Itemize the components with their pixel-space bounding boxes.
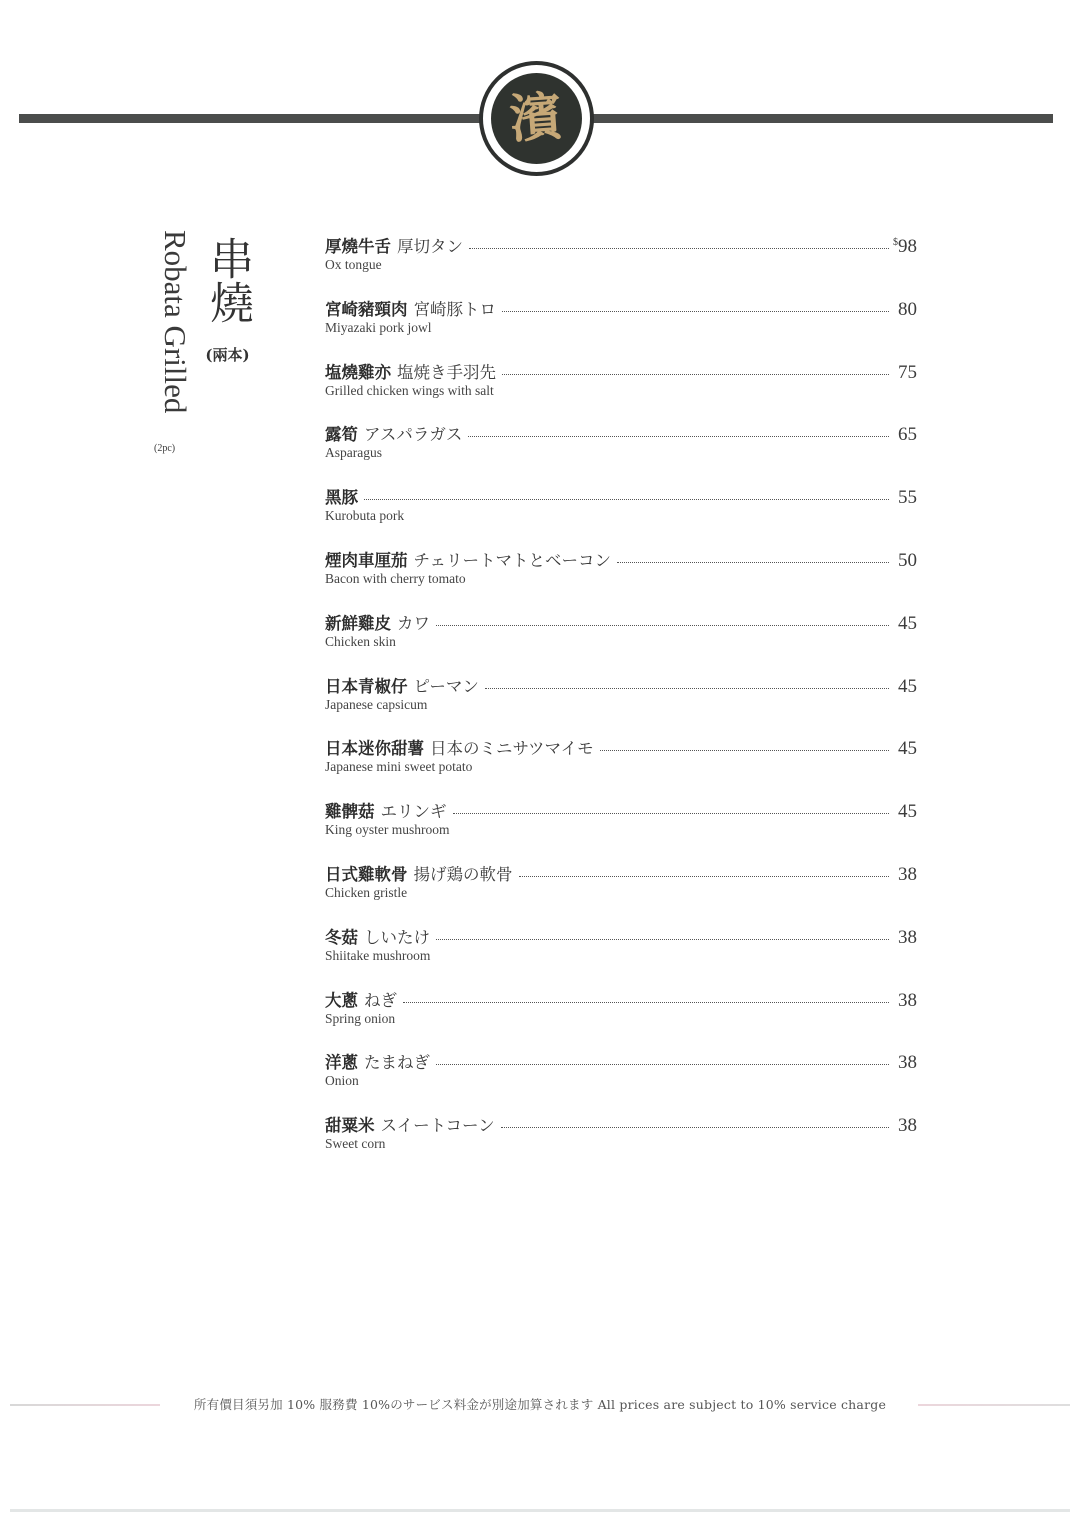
item-price: $98	[893, 236, 917, 258]
item-name-japanese: ねぎ	[364, 987, 397, 1011]
item-price: 38	[893, 990, 917, 1012]
item-name-english: Miyazaki pork jowl	[325, 320, 917, 336]
menu-item-row: 新鮮雞皮 カワ 45	[325, 610, 917, 634]
dotted-leader	[485, 688, 889, 689]
menu-item-row: 日本迷你甜薯 日本のミニサツマイモ 45	[325, 735, 917, 759]
item-name-english: King oyster mushroom	[325, 822, 917, 838]
dotted-leader	[519, 876, 890, 877]
menu-item: 厚燒牛舌 厚切タン $98 Ox tongue	[325, 233, 917, 296]
menu-item-row: 宮崎豬頸肉 宮崎豚トロ 80	[325, 296, 917, 320]
item-name-chinese: 黑豚	[325, 484, 358, 508]
item-price: 45	[893, 738, 917, 760]
menu-item: 露筍 アスパラガス 65 Asparagus	[325, 421, 917, 484]
dotted-leader	[364, 499, 889, 500]
dotted-leader	[502, 374, 889, 375]
item-price: 65	[893, 424, 917, 446]
section-heading: Robata Grilled (2pc) 串燒 (兩本)	[150, 230, 270, 470]
section-title-english: Robata Grilled	[160, 230, 191, 413]
menu-item-row: 黑豚 55	[325, 484, 917, 508]
menu-item: 宮崎豬頸肉 宮崎豚トロ 80 Miyazaki pork jowl	[325, 296, 917, 359]
item-name-english: Japanese capsicum	[325, 697, 917, 713]
item-name-japanese: アスパラガス	[364, 421, 462, 445]
item-name-chinese: 日本迷你甜薯	[325, 735, 424, 759]
item-name-japanese: 塩焼き手羽先	[397, 359, 496, 383]
restaurant-logo: 濱	[479, 61, 594, 176]
item-name-chinese: 大蔥	[325, 987, 358, 1011]
menu-item-row: 雞髀菇 エリンギ 45	[325, 798, 917, 822]
item-name-japanese: カワ	[397, 610, 430, 634]
item-name-japanese: 日本のミニサツマイモ	[430, 735, 594, 759]
item-price: 38	[893, 927, 917, 949]
item-name-japanese: 揚げ鶏の軟骨	[414, 861, 513, 885]
item-price: 38	[893, 1052, 917, 1074]
item-price: 38	[893, 1115, 917, 1137]
item-name-english: Chicken gristle	[325, 885, 917, 901]
item-name-chinese: 甜粟米	[325, 1112, 375, 1136]
item-name-english: Onion	[325, 1073, 917, 1089]
item-name-chinese: 露筍	[325, 421, 358, 445]
item-name-japanese: 厚切タン	[397, 233, 463, 257]
footer-divider-right	[918, 1404, 1070, 1406]
menu-item: 黑豚 55 Kurobuta pork	[325, 484, 917, 547]
item-name-chinese: 日本青椒仔	[325, 673, 408, 697]
item-name-japanese: たまねぎ	[364, 1049, 430, 1073]
menu-list: 厚燒牛舌 厚切タン $98 Ox tongue 宮崎豬頸肉 宮崎豚トロ 80 M…	[325, 233, 917, 1175]
dotted-leader	[403, 1002, 889, 1003]
item-name-english: Asparagus	[325, 445, 917, 461]
menu-item-row: 日式雞軟骨 揚げ鶏の軟骨 38	[325, 861, 917, 885]
menu-item: 洋蔥 たまねぎ 38 Onion	[325, 1049, 917, 1112]
menu-item-row: 厚燒牛舌 厚切タン $98	[325, 233, 917, 257]
item-name-japanese: しいたけ	[364, 924, 430, 948]
item-name-english: Shiitake mushroom	[325, 948, 917, 964]
item-name-chinese: 塩燒雞亦	[325, 359, 391, 383]
menu-item-row: 日本青椒仔 ピーマン 45	[325, 673, 917, 697]
menu-item: 雞髀菇 エリンギ 45 King oyster mushroom	[325, 798, 917, 861]
item-name-english: Chicken skin	[325, 634, 917, 650]
item-name-english: Japanese mini sweet potato	[325, 759, 917, 775]
item-price: 75	[893, 362, 917, 384]
item-price: 38	[893, 864, 917, 886]
item-name-chinese: 雞髀菇	[325, 798, 375, 822]
item-name-japanese: ピーマン	[414, 673, 479, 697]
menu-item: 日式雞軟骨 揚げ鶏の軟骨 38 Chicken gristle	[325, 861, 917, 924]
page-bottom-rule	[10, 1509, 1070, 1512]
section-title-chinese: 串燒	[200, 236, 250, 337]
menu-item-row: 露筍 アスパラガス 65	[325, 421, 917, 445]
menu-item-row: 煙肉車厘茄 チェリートマトとベーコン 50	[325, 547, 917, 571]
menu-item: 冬菇 しいたけ 38 Shiitake mushroom	[325, 924, 917, 987]
item-name-chinese: 冬菇	[325, 924, 358, 948]
item-name-chinese: 新鮮雞皮	[325, 610, 391, 634]
dotted-leader	[617, 562, 889, 563]
dotted-leader	[453, 813, 890, 814]
menu-item-row: 塩燒雞亦 塩焼き手羽先 75	[325, 359, 917, 383]
menu-item-row: 甜粟米 スイートコーン 38	[325, 1112, 917, 1136]
item-price: 55	[893, 487, 917, 509]
item-price: 80	[893, 299, 917, 321]
menu-item: 甜粟米 スイートコーン 38 Sweet corn	[325, 1112, 917, 1175]
price-value: 98	[898, 236, 917, 257]
menu-item: 大蔥 ねぎ 38 Spring onion	[325, 987, 917, 1050]
dotted-leader	[600, 750, 889, 751]
dotted-leader	[468, 436, 889, 437]
menu-item-row: 冬菇 しいたけ 38	[325, 924, 917, 948]
item-name-chinese: 厚燒牛舌	[325, 233, 391, 257]
item-name-japanese: チェリートマトとベーコン	[414, 547, 612, 571]
item-name-chinese: 日式雞軟骨	[325, 861, 408, 885]
dotted-leader	[436, 625, 889, 626]
item-name-chinese: 宮崎豬頸肉	[325, 296, 408, 320]
menu-item-row: 洋蔥 たまねぎ 38	[325, 1049, 917, 1073]
item-price: 45	[893, 613, 917, 635]
item-name-english: Kurobuta pork	[325, 508, 917, 524]
logo-glyph: 濱	[509, 91, 565, 147]
item-name-japanese: 宮崎豚トロ	[414, 296, 497, 320]
section-title-chinese-text: 串燒	[200, 236, 254, 324]
item-name-chinese: 洋蔥	[325, 1049, 358, 1073]
menu-item: 煙肉車厘茄 チェリートマトとベーコン 50 Bacon with cherry …	[325, 547, 917, 610]
dotted-leader	[502, 311, 889, 312]
item-name-japanese: スイートコーン	[381, 1112, 495, 1136]
item-name-english: Bacon with cherry tomato	[325, 571, 917, 587]
logo-emblem: 濱	[491, 73, 582, 164]
item-price: 45	[893, 801, 917, 823]
footer-divider-left	[10, 1404, 160, 1406]
menu-item-row: 大蔥 ねぎ 38	[325, 987, 917, 1011]
dotted-leader	[436, 939, 889, 940]
menu-item: 日本迷你甜薯 日本のミニサツマイモ 45 Japanese mini sweet…	[325, 735, 917, 798]
section-title-chinese-portion: (兩本)	[200, 344, 255, 365]
item-name-english: Sweet corn	[325, 1136, 917, 1152]
item-name-english: Spring onion	[325, 1011, 917, 1027]
dotted-leader	[469, 248, 889, 249]
menu-item: 新鮮雞皮 カワ 45 Chicken skin	[325, 610, 917, 673]
item-price: 45	[893, 676, 917, 698]
dotted-leader	[436, 1064, 889, 1065]
menu-item: 日本青椒仔 ピーマン 45 Japanese capsicum	[325, 673, 917, 736]
menu-item: 塩燒雞亦 塩焼き手羽先 75 Grilled chicken wings wit…	[325, 359, 917, 422]
item-name-english: Ox tongue	[325, 257, 917, 273]
item-price: 50	[893, 550, 917, 572]
item-name-chinese: 煙肉車厘茄	[325, 547, 408, 571]
item-name-japanese: エリンギ	[381, 798, 447, 822]
section-title-portion: (2pc)	[154, 443, 175, 454]
service-charge-note: 所有價目須另加 10% 服務費 10%のサービス料金が別途加算されます All …	[162, 1395, 918, 1413]
dotted-leader	[501, 1127, 889, 1128]
item-name-english: Grilled chicken wings with salt	[325, 383, 917, 399]
